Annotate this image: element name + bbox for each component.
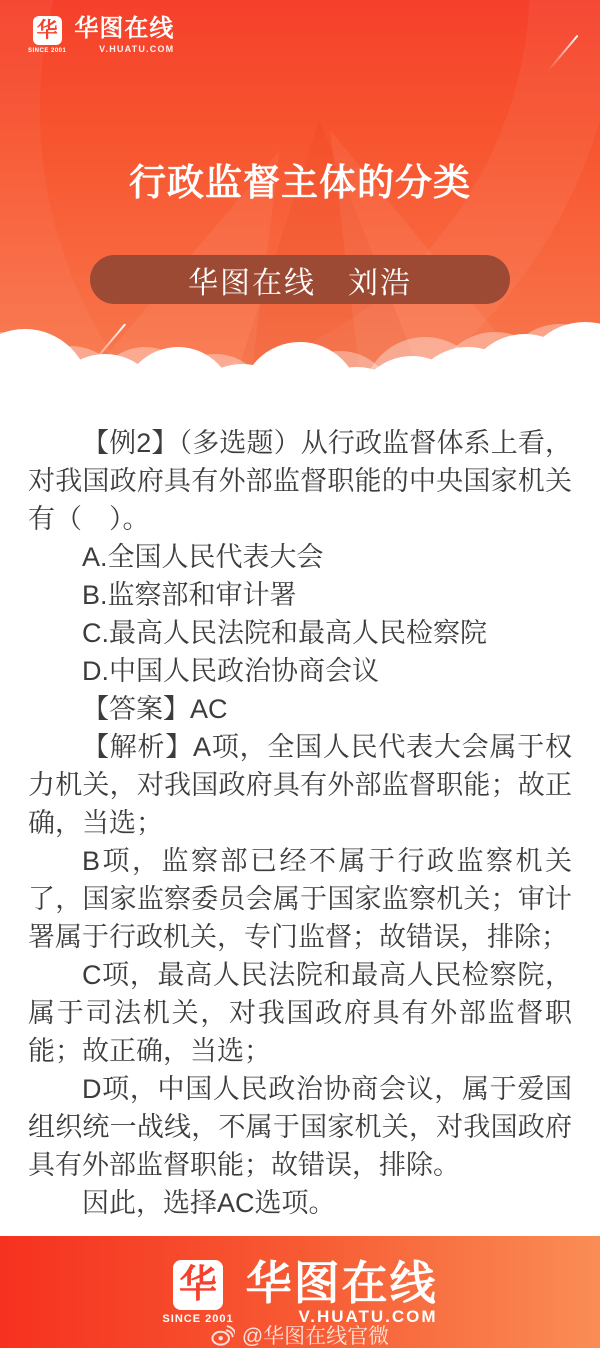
brand-since-label: SINCE 2001 bbox=[28, 48, 66, 54]
conclusion-line: 因此，选择AC选项。 bbox=[28, 1184, 572, 1222]
weibo-handle: @华图在线官微 bbox=[242, 1320, 389, 1348]
option-d: D.中国人民政治协商会议 bbox=[28, 652, 572, 690]
brand-logo-header: 华 SINCE 2001 华图在线 V.HUATU.COM bbox=[28, 16, 174, 54]
weibo-icon bbox=[211, 1324, 235, 1346]
brand-name: 华图在线 bbox=[74, 16, 174, 42]
analysis-d: D项，中国人民政治协商会议，属于爱国组织统一战线，不属于国家机关，对我国政府具有… bbox=[28, 1070, 572, 1184]
brand-text-column: 华图在线 V.HUATU.COM bbox=[74, 16, 174, 54]
brand-mark-column: 华 SINCE 2001 bbox=[28, 16, 66, 54]
option-c: C.最高人民法院和最高人民检察院 bbox=[28, 614, 572, 652]
question-text: 【例2】（多选题）从行政监督体系上看，对我国政府具有外部监督职能的中央国家机关有… bbox=[28, 424, 572, 538]
question-body: 【例2】（多选题）从行政监督体系上看，对我国政府具有外部监督职能的中央国家机关有… bbox=[0, 400, 600, 1236]
option-b: B.监察部和审计署 bbox=[28, 576, 572, 614]
brand-logo-footer: 华 SINCE 2001 华图在线 V.HUATU.COM bbox=[0, 1236, 600, 1327]
footer-mark-column: 华 SINCE 2001 bbox=[162, 1260, 233, 1325]
cloud-border-decoration bbox=[0, 284, 600, 400]
brand-domain: V.HUATU.COM bbox=[99, 44, 174, 54]
header-banner: 华 SINCE 2001 华图在线 V.HUATU.COM 行政监督主体的分类 … bbox=[0, 0, 600, 400]
page-title: 行政监督主体的分类 bbox=[0, 152, 600, 206]
huatu-logo-icon: 华 bbox=[33, 16, 62, 45]
footer-brand-name: 华图在线 bbox=[246, 1260, 438, 1306]
weibo-handle-row: @华图在线官微 bbox=[0, 1320, 600, 1348]
footer-banner: 华 SINCE 2001 华图在线 V.HUATU.COM @华图在线官微 bbox=[0, 1236, 600, 1348]
huatu-logo-icon: 华 bbox=[173, 1260, 223, 1310]
footer-text-column: 华图在线 V.HUATU.COM bbox=[246, 1260, 438, 1327]
analysis-b: B项，监察部已经不属于行政监察机关了，国家监察委员会属于国家监察机关；审计署属于… bbox=[28, 842, 572, 956]
analysis-c: C项，最高人民法院和最高人民检察院，属于司法机关，对我国政府具有外部监督职能；故… bbox=[28, 956, 572, 1070]
poster-card: 华 SINCE 2001 华图在线 V.HUATU.COM 行政监督主体的分类 … bbox=[0, 0, 600, 1348]
answer-line: 【答案】AC bbox=[28, 690, 572, 728]
analysis-a: 【解析】A项，全国人民代表大会属于权力机关，对我国政府具有外部监督职能；故正确，… bbox=[28, 728, 572, 842]
option-a: A.全国人民代表大会 bbox=[28, 538, 572, 576]
